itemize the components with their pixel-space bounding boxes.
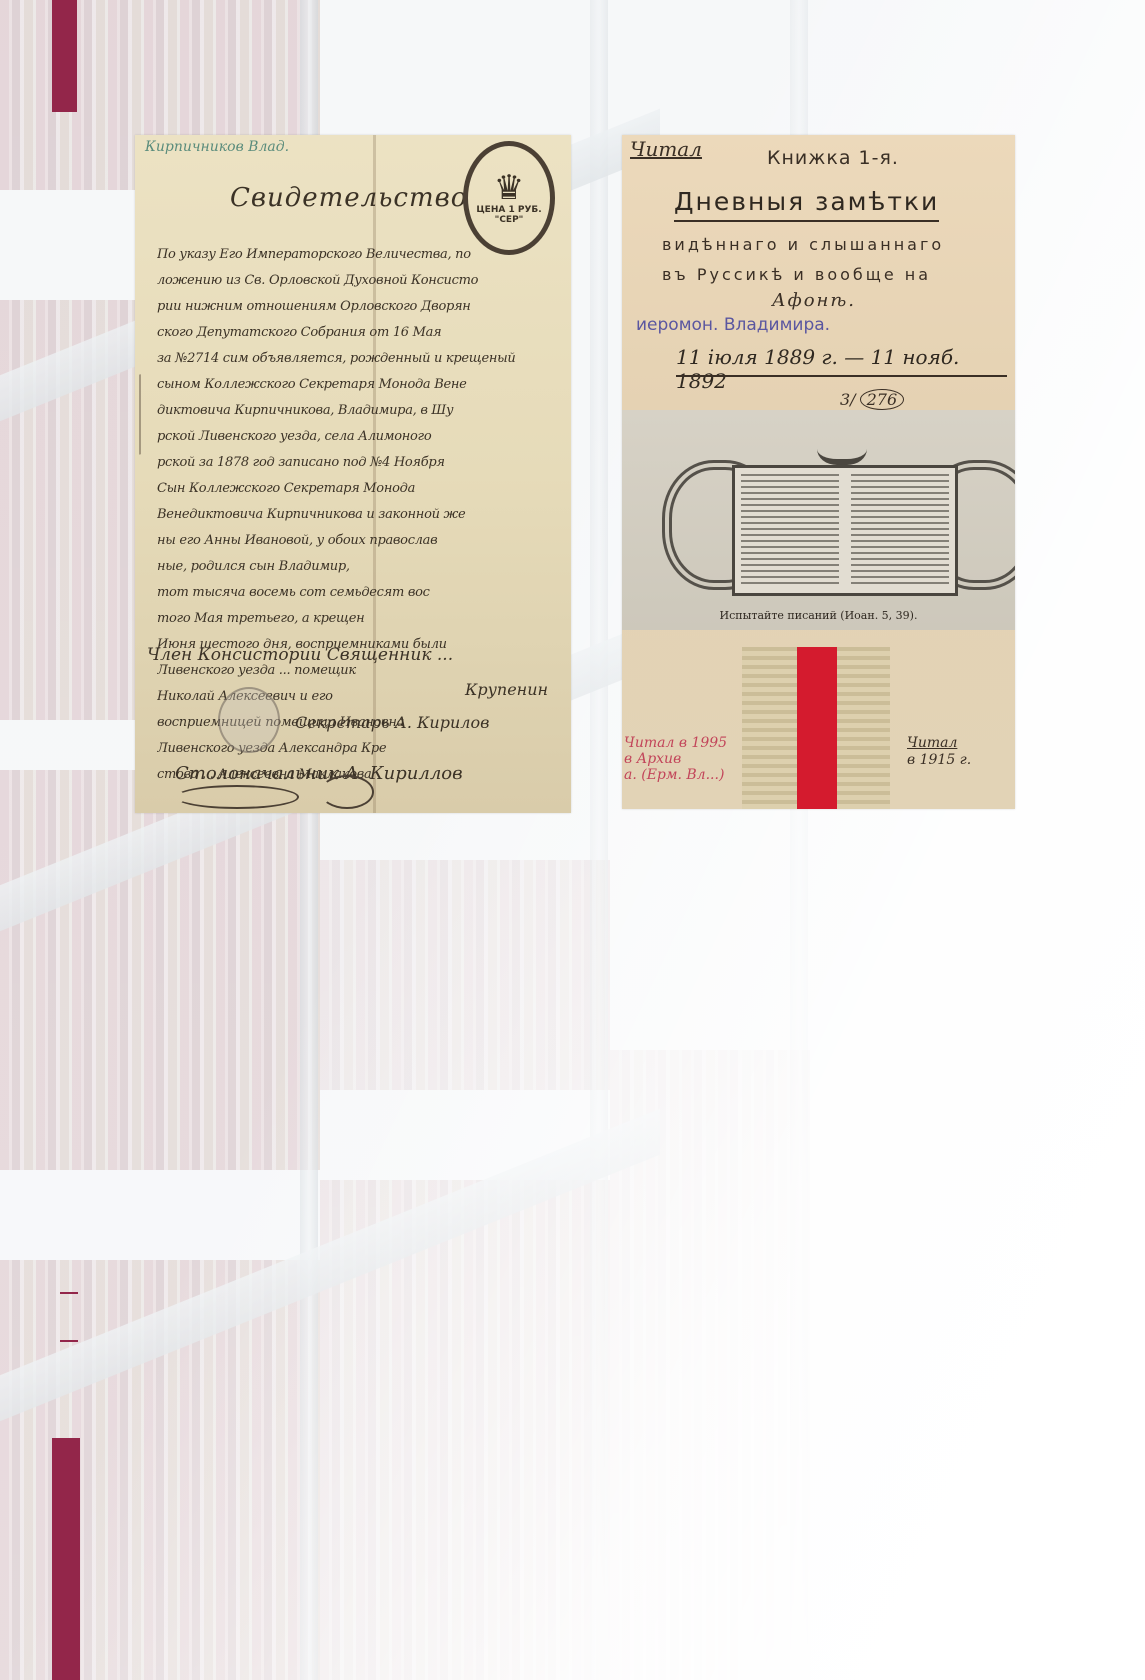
consistory-signature: Член Консистории Священник ... [147, 645, 453, 665]
stamp-seal: ♛ ЦЕНА 1 РУБ. "СЕР" [463, 141, 555, 255]
margin-annotation [139, 371, 157, 454]
engraving-caption: Испытайте писаний (Иоан. 5, 39). [622, 609, 1015, 622]
top-accent-bar [52, 0, 77, 112]
red-ribbon-bookmark [797, 647, 837, 809]
subtitle-line-3: Афонѣ. [772, 290, 856, 311]
secretary-signature: Секретарь А. Кирилов [295, 713, 489, 732]
accent-dash-2 [60, 1340, 78, 1342]
certificate-body: По указу Его Императорского Величества, … [157, 247, 563, 793]
ink-stamp [218, 687, 280, 753]
certificate-title: Свидетельство [230, 183, 467, 213]
reader-note: Читал [630, 137, 702, 161]
clerk-signature: Столоначальник А. Кириллов [175, 763, 463, 784]
certificate-document-photo: Кирпичников Влад. Свидетельство ♛ ЦЕНА 1… [135, 135, 571, 813]
open-book-icon [732, 465, 958, 596]
subtitle-line-1: видѣннаго и слышаннаго [662, 235, 944, 254]
reader-note-bottom: Читал в 1915 г. [907, 735, 971, 769]
corner-note: Кирпичников Влад. [145, 139, 289, 155]
date-range: 11 іюля 1889 г. — 11 нояб. 1892 [676, 345, 1015, 393]
double-headed-eagle-icon: ♛ [494, 171, 524, 205]
subtitle-line-2: въ Руссикѣ и вообще на [662, 265, 931, 284]
signature-right: Крупенин [465, 680, 548, 699]
book-engraving: Испытайте писаний (Иоан. 5, 39). [622, 410, 1015, 630]
book-label: Книжка 1-я. [767, 147, 899, 169]
notebook-cover-photo: Читал Книжка 1-я. Дневныя замѣтки видѣнн… [622, 135, 1015, 809]
bottom-accent-bar [52, 1438, 80, 1680]
notebook-title: Дневныя замѣтки [674, 187, 939, 222]
red-ink-note: Читал в 1995 в Архив а. (Ерм. Вл...) [624, 735, 727, 783]
author-note: иеромон. Владимира. [636, 315, 830, 335]
accent-dash-1 [60, 1292, 78, 1294]
crown-icon [817, 425, 867, 465]
catalog-number: 3/276 [840, 389, 904, 410]
